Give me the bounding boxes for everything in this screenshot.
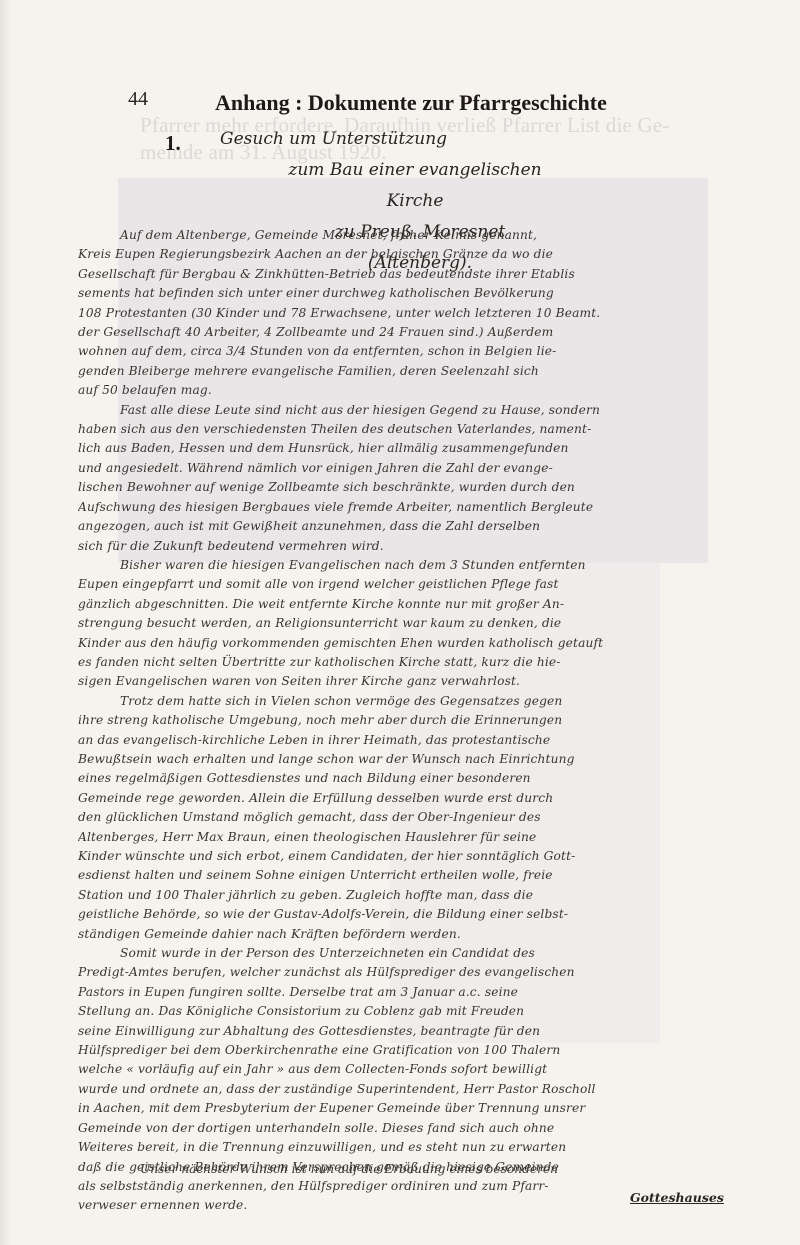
manuscript-line: ständigen Gemeinde dahier nach Kräften b… [78, 925, 758, 944]
manuscript-line: seine Einwilligung zur Abhaltung des Got… [78, 1022, 758, 1041]
manuscript-line: Bewußtsein wach erhalten und lange schon… [78, 750, 758, 769]
manuscript-line: wurde und ordnete an, dass der zuständig… [78, 1080, 758, 1099]
manuscript-line: Station und 100 Thaler jährlich zu geben… [78, 886, 758, 905]
manuscript-line: Altenberges, Herr Max Braun, einen theol… [78, 828, 758, 847]
manuscript-line: an das evangelisch-kirchliche Leben in i… [78, 731, 758, 750]
manuscript-paragraph: Bisher waren die hiesigen Evangelischen … [78, 556, 758, 692]
manuscript-line: geistliche Behörde, so wie der Gustav-Ad… [78, 905, 758, 924]
manuscript-line: Kinder aus den häufig vorkommenden gemis… [78, 634, 758, 653]
manuscript-line: welche « vorläufig auf ein Jahr » aus de… [78, 1060, 758, 1079]
manuscript-line: Kinder wünschte und sich erbot, einem Ca… [78, 847, 758, 866]
manuscript-line: der Gesellschaft 40 Arbeiter, 4 Zollbeam… [78, 323, 758, 342]
manuscript-line: Gesellschaft für Bergbau & Zinkhütten-Be… [78, 265, 758, 284]
manuscript-line: Pastors in Eupen fungiren sollte. Dersel… [78, 983, 758, 1002]
closing-word-gotteshauses: Gotteshauses [630, 1190, 724, 1205]
manuscript-line: den glücklichen Umstand möglich gemacht,… [78, 808, 758, 827]
manuscript-line: ihre streng katholische Umgebung, noch m… [78, 711, 758, 730]
manuscript-line: sigen Evangelischen waren von Seiten ihr… [78, 672, 758, 691]
manuscript-line: und angesiedelt. Während nämlich vor ein… [78, 459, 758, 478]
manuscript-line: Eupen eingepfarrt und somit alle von irg… [78, 575, 758, 594]
manuscript-line: Fast alle diese Leute sind nicht aus der… [78, 401, 758, 420]
manuscript-line: Gemeinde rege geworden. Allein die Erfül… [78, 789, 758, 808]
manuscript-line: esdienst halten und seinem Sohne einigen… [78, 866, 758, 885]
manuscript-line: Somit wurde in der Person des Unterzeich… [78, 944, 758, 963]
closing-line: Unser nächster Wunsch ist nun auf die Er… [78, 1160, 768, 1179]
manuscript-line: Trotz dem hatte sich in Vielen schon ver… [78, 692, 758, 711]
manuscript-line: lich aus Baden, Hessen und dem Hunsrück,… [78, 439, 758, 458]
manuscript-line: in Aachen, mit dem Presbyterium der Eupe… [78, 1099, 758, 1118]
title-line: zum Bau einer evangelischen Kirche [200, 155, 560, 217]
manuscript-line: sements hat befinden sich unter einer du… [78, 284, 758, 303]
page-number: 44 [128, 88, 148, 111]
manuscript-line: Hülfsprediger bei dem Oberkirchenrathe e… [78, 1041, 758, 1060]
manuscript-line: Bisher waren die hiesigen Evangelischen … [78, 556, 758, 575]
closing-line-container: Unser nächster Wunsch ist nun auf die Er… [78, 1160, 768, 1179]
manuscript-line: eines regelmäßigen Gottesdienstes und na… [78, 769, 758, 788]
manuscript-paragraph: Auf dem Altenberge, Gemeinde Moresnet, f… [78, 226, 758, 401]
manuscript-line: wohnen auf dem, circa 3/4 Stunden von da… [78, 342, 758, 361]
manuscript-line: auf 50 belaufen mag. [78, 381, 758, 400]
manuscript-line: Auf dem Altenberge, Gemeinde Moresnet, f… [78, 226, 758, 245]
manuscript-paragraph: Trotz dem hatte sich in Vielen schon ver… [78, 692, 758, 944]
manuscript-line: Stellung an. Das Königliche Consistorium… [78, 1002, 758, 1021]
manuscript-line: es fanden nicht selten Übertritte zur ka… [78, 653, 758, 672]
title-line: Gesuch um Unterstützung [200, 124, 560, 155]
manuscript-paragraph: Fast alle diese Leute sind nicht aus der… [78, 401, 758, 556]
manuscript-line: Weiteres bereit, in die Trennung einzuwi… [78, 1138, 758, 1157]
manuscript-line: Gemeinde von der dortigen unterhandeln s… [78, 1119, 758, 1138]
manuscript-line: Predigt-Amtes berufen, welcher zunächst … [78, 963, 758, 982]
manuscript-line: 108 Protestanten (30 Kinder und 78 Erwac… [78, 304, 758, 323]
manuscript-line: angezogen, auch ist mit Gewißheit anzune… [78, 517, 758, 536]
manuscript-line: lischen Bewohner auf wenige Zollbeamte s… [78, 478, 758, 497]
manuscript-line: genden Bleiberge mehrere evangelische Fa… [78, 362, 758, 381]
document-number: 1. [165, 131, 181, 156]
manuscript-line: haben sich aus den verschiedensten Theil… [78, 420, 758, 439]
manuscript-line: Kreis Eupen Regierungsbezirk Aachen an d… [78, 245, 758, 264]
page-edge-shadow [0, 0, 12, 1245]
manuscript-line: Aufschwung des hiesigen Bergbaues viele … [78, 498, 758, 517]
handwritten-manuscript-body: Auf dem Altenberge, Gemeinde Moresnet, f… [78, 226, 758, 1216]
manuscript-line: sich für die Zukunft bedeutend vermehren… [78, 537, 758, 556]
manuscript-line: strengung besucht werden, an Religionsun… [78, 614, 758, 633]
running-head: Anhang : Dokumente zur Pfarrgeschichte [215, 90, 607, 116]
manuscript-line: gänzlich abgeschnitten. Die weit entfern… [78, 595, 758, 614]
